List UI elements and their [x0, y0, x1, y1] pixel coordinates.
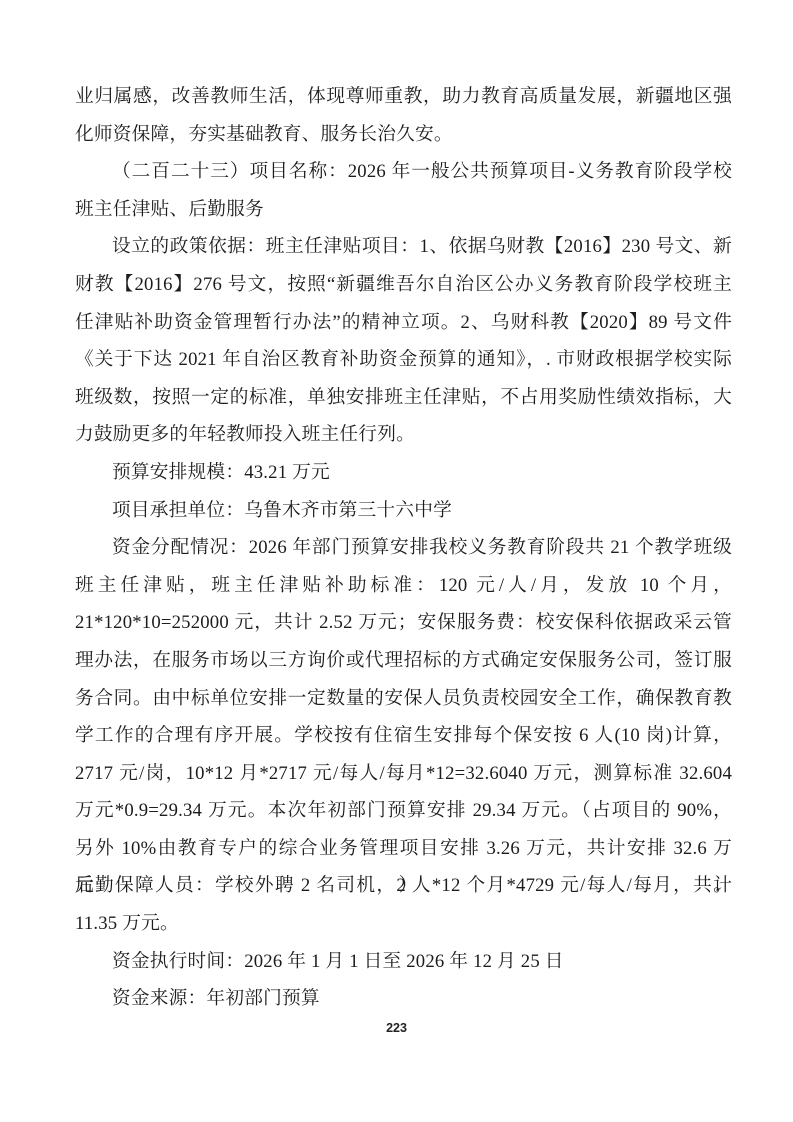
text-line: 业归属感，改善教师生活，体现尊师重教，助力教育高质量发展，新疆地区强: [75, 78, 732, 116]
document-page: 业归属感，改善教师生活，体现尊师重教，助力教育高质量发展，新疆地区强化师资保障，…: [0, 0, 793, 1122]
text-line: 班主任津贴，班主任津贴补助标准：120 元/人/月，发放 10 个月，: [75, 567, 732, 605]
text-line: 《关于下达 2021 年自治区教育补助资金预算的通知》，. 市财政根据学校实际: [75, 341, 732, 379]
text-line: 11.35 万元。: [75, 905, 732, 943]
document-body: 业归属感，改善教师生活，体现尊师重教，助力教育高质量发展，新疆地区强化师资保障，…: [75, 78, 732, 1018]
text-line: 财教【2016】276 号文，按照“新疆维吾尔自治区公办义务教育阶段学校班主: [75, 266, 732, 304]
text-line: 理办法，在服务市场以三方询价或代理招标的方式确定安保服务公司，签订服: [75, 642, 732, 680]
text-line: 2717 元/岗，10*12 月*2717 元/每人/每月*12=32.6040…: [75, 755, 732, 793]
text-line: 力鼓励更多的年轻教师投入班主任行列。: [75, 416, 732, 454]
text-line: 资金执行时间：2026 年 1 月 1 日至 2026 年 12 月 25 日: [75, 943, 732, 981]
text-line: 资金来源：年初部门预算: [75, 980, 732, 1018]
text-line: 任津贴补助资金管理暂行办法”的精神立项。2、乌财科教【2020】89 号文件: [75, 304, 732, 342]
page-number: 223: [0, 1021, 793, 1035]
text-line: 另外 10%由教育专户的综合业务管理项目安排 3.26 万元，共计安排 32.6…: [75, 830, 732, 868]
text-line: 后勤保障人员：学校外聘 2 名司机，2 人*12 个月*4729 元/每人/每月…: [75, 867, 732, 905]
text-line: 设立的政策依据：班主任津贴项目：1、依据乌财教【2016】230 号文、新: [75, 228, 732, 266]
text-line: 学工作的合理有序开展。学校按有住宿生安排每个保安按 6 人(10 岗)计算，: [75, 717, 732, 755]
text-line: 21*120*10=252000 元，共计 2.52 万元；安保服务费：校安保科…: [75, 604, 732, 642]
text-line: 班主任津贴、后勤服务: [75, 191, 732, 229]
text-line: 化师资保障，夯实基础教育、服务长治久安。: [75, 116, 732, 154]
text-line: （二百二十三）项目名称：2026 年一般公共预算项目-义务教育阶段学校: [75, 153, 732, 191]
text-line: 项目承担单位：乌鲁木齐市第三十六中学: [75, 492, 732, 530]
text-line: 万元*0.9=29.34 万元。本次年初部门预算安排 29.34 万元。（占项目…: [75, 792, 732, 830]
text-line: 预算安排规模：43.21 万元: [75, 454, 732, 492]
text-line: 班级数，按照一定的标准，单独安排班主任津贴，不占用奖励性绩效指标，大: [75, 379, 732, 417]
text-line: 资金分配情况：2026 年部门预算安排我校义务教育阶段共 21 个教学班级: [75, 529, 732, 567]
text-line: 务合同。由中标单位安排一定数量的安保人员负责校园安全工作，确保教育教: [75, 680, 732, 718]
